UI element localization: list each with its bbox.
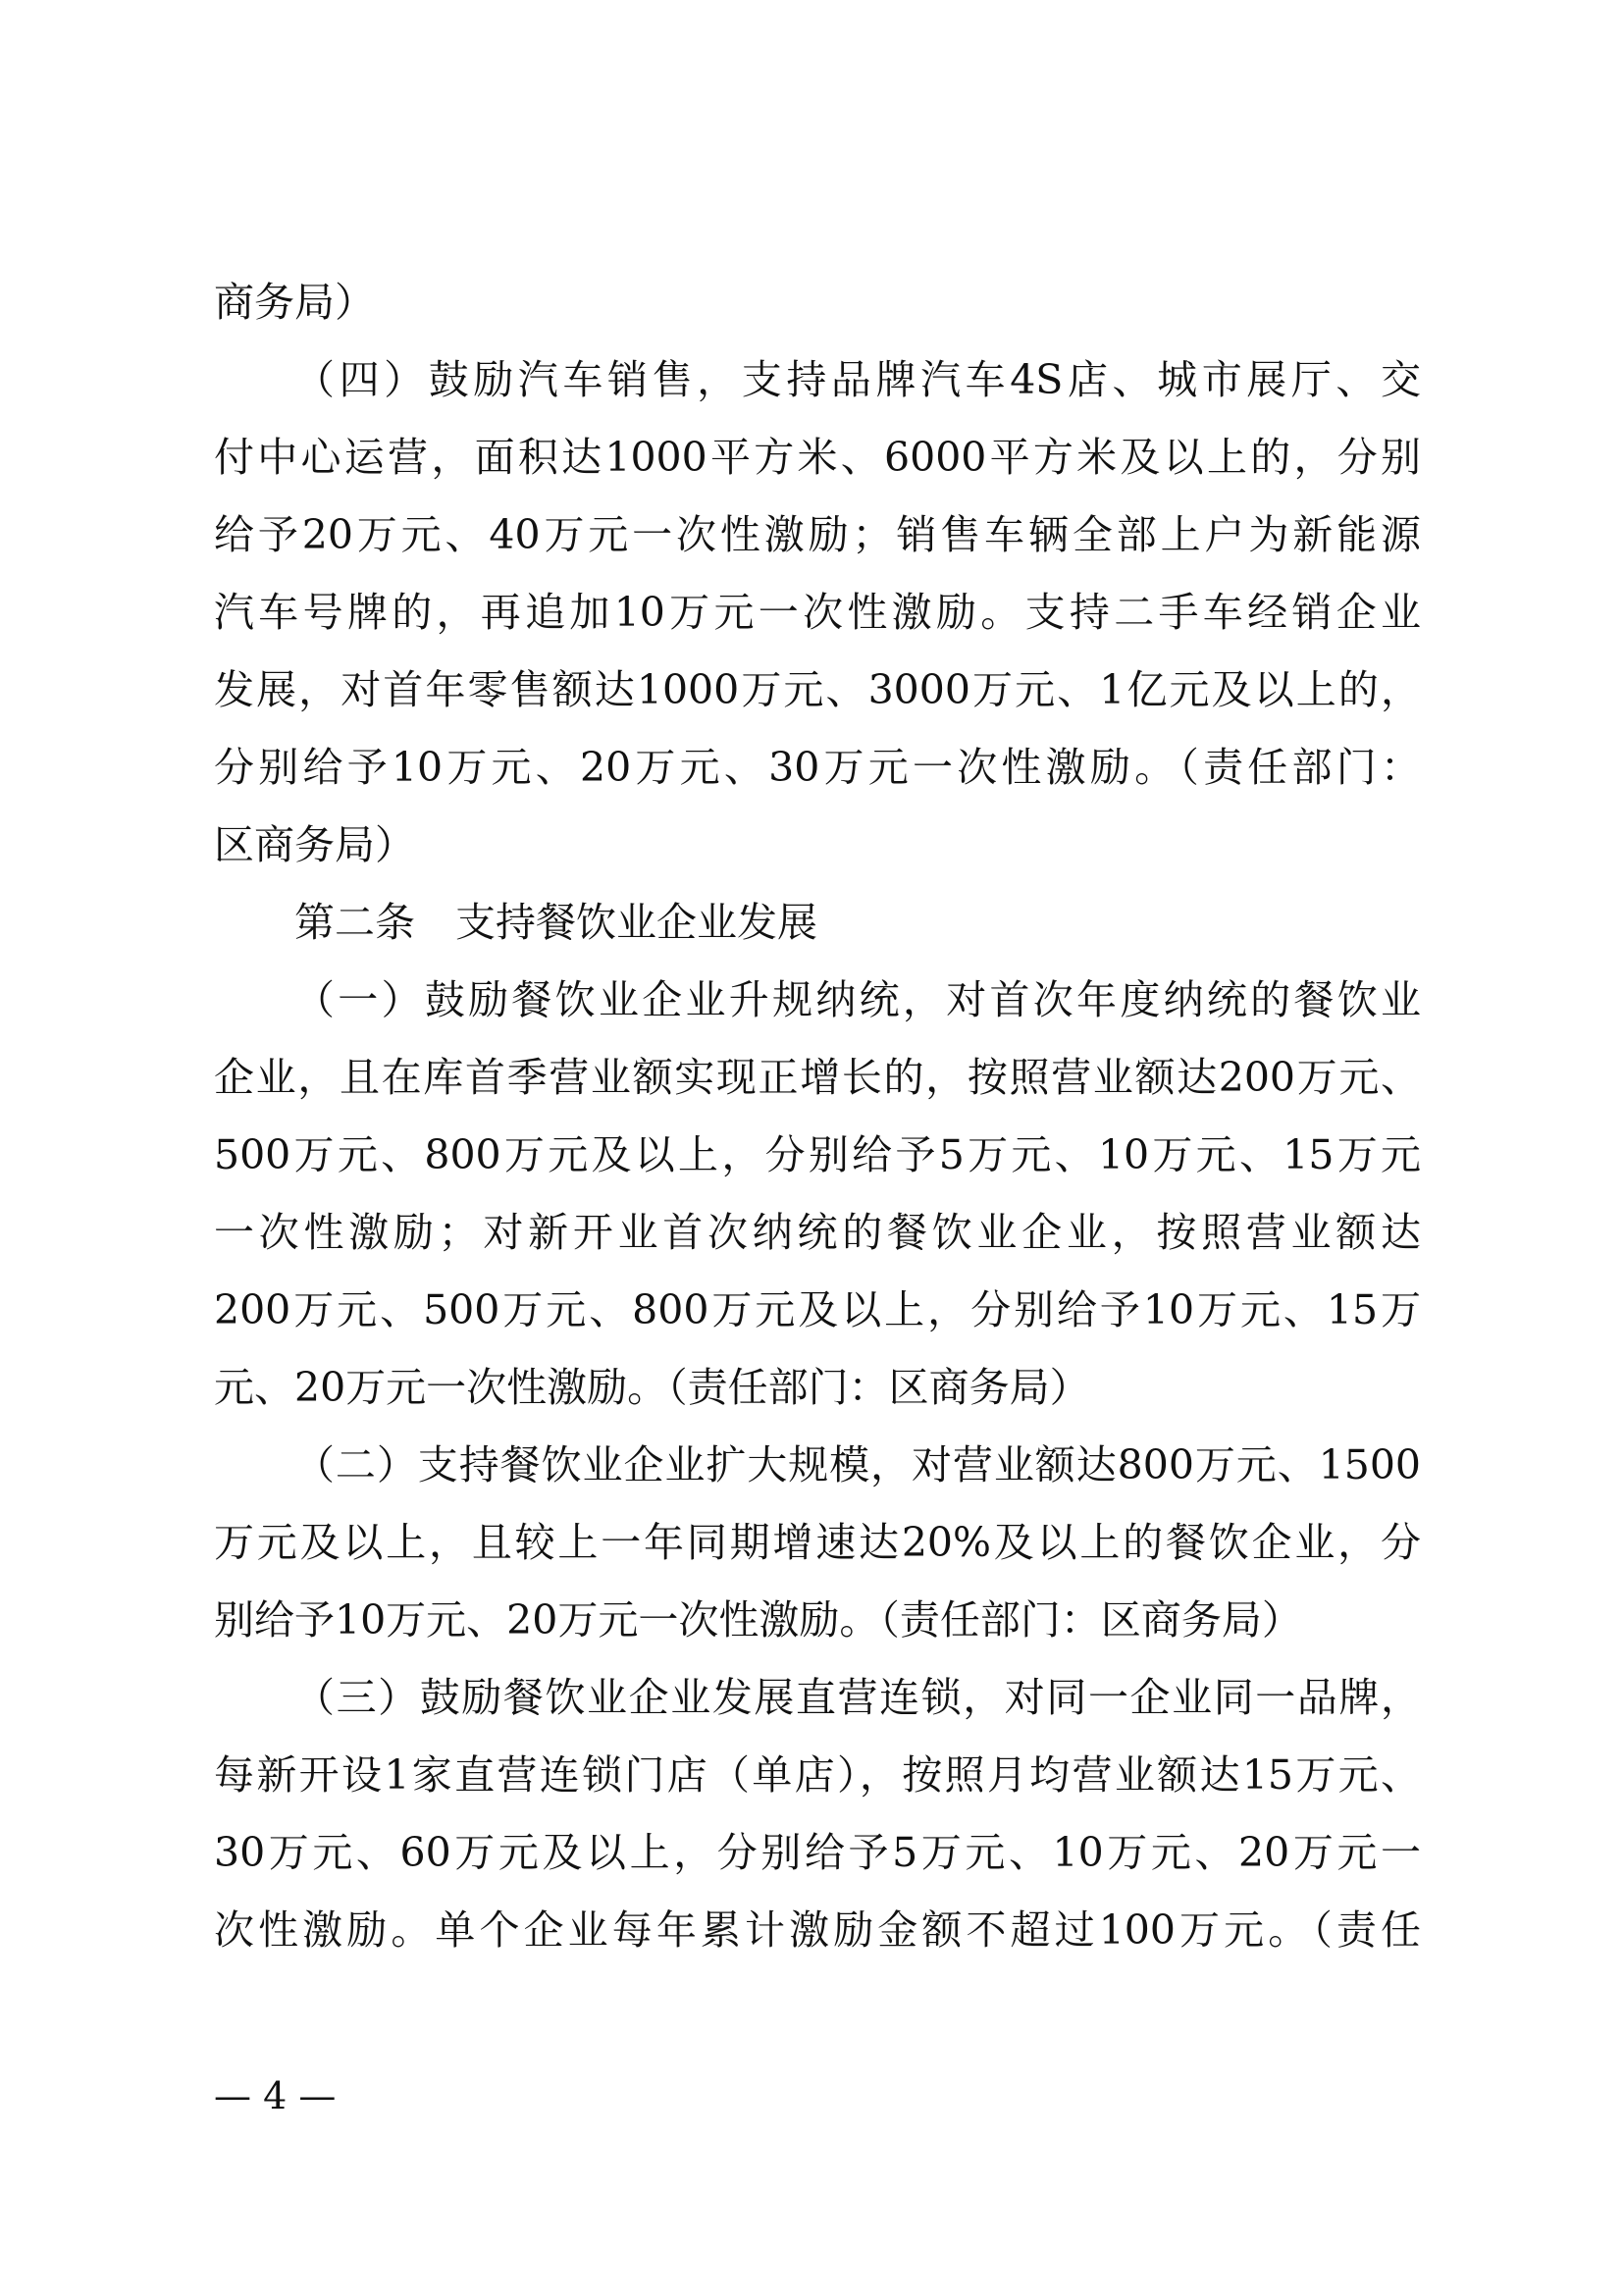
text-line: 万元及以上，且较上一年同期增速达20%及以上的餐饮企业，分 [214, 1518, 1421, 1567]
document-page: 商务局） （四）鼓励汽车销售，支持品牌汽车4S店、城市展厅、交 付中心运营，面积… [0, 0, 1623, 2296]
text-line: 一次性激励；对新开业首次纳统的餐饮业企业，按照营业额达 [214, 1208, 1421, 1257]
text-line: 发展，对首年零售额达1000万元、3000万元、1亿元及以上的， [214, 665, 1421, 714]
text-line: 分别给予10万元、20万元、30万元一次性激励。（责任部门： [214, 743, 1421, 792]
text-line: 每新开设1家直营连锁门店（单店），按照月均营业额达15万元、 [214, 1750, 1421, 1800]
text-line: 30万元、60万元及以上，分别给予5万元、10万元、20万元一 [214, 1828, 1421, 1877]
text-line: 200万元、500万元、800万元及以上，分别给予10万元、15万 [214, 1285, 1421, 1334]
text-line: 商务局） [214, 278, 1421, 327]
paragraph-2-start: （二）支持餐饮业企业扩大规模，对营业额达800万元、1500 [294, 1440, 1421, 1489]
article-heading: 第二条 支持餐饮业企业发展 [294, 898, 1421, 947]
text-line: 别给予10万元、20万元一次性激励。（责任部门：区商务局） [214, 1595, 1421, 1644]
paragraph-3-start: （三）鼓励餐饮业企业发展直营连锁，对同一企业同一品牌， [294, 1673, 1421, 1722]
text-line: 企业，且在库首季营业额实现正增长的，按照营业额达200万元、 [214, 1053, 1421, 1102]
text-line: 付中心运营，面积达1000平方米、6000平方米及以上的，分别 [214, 433, 1421, 482]
text-line: 汽车号牌的，再追加10万元一次性激励。支持二手车经销企业 [214, 588, 1421, 637]
text-line: 元、20万元一次性激励。（责任部门：区商务局） [214, 1363, 1421, 1412]
text-line: 500万元、800万元及以上，分别给予5万元、10万元、15万元 [214, 1130, 1421, 1179]
text-line: 区商务局） [214, 820, 1421, 869]
paragraph-4-start: （四）鼓励汽车销售，支持品牌汽车4S店、城市展厅、交 [294, 355, 1421, 404]
page-number: — 4 — [214, 2073, 336, 2118]
text-line: 次性激励。单个企业每年累计激励金额不超过100万元。（责任 [214, 1905, 1421, 1955]
paragraph-1-start: （一）鼓励餐饮业企业升规纳统，对首次年度纳统的餐饮业 [294, 975, 1421, 1024]
text-line: 给予20万元、40万元一次性激励；销售车辆全部上户为新能源 [214, 510, 1421, 559]
